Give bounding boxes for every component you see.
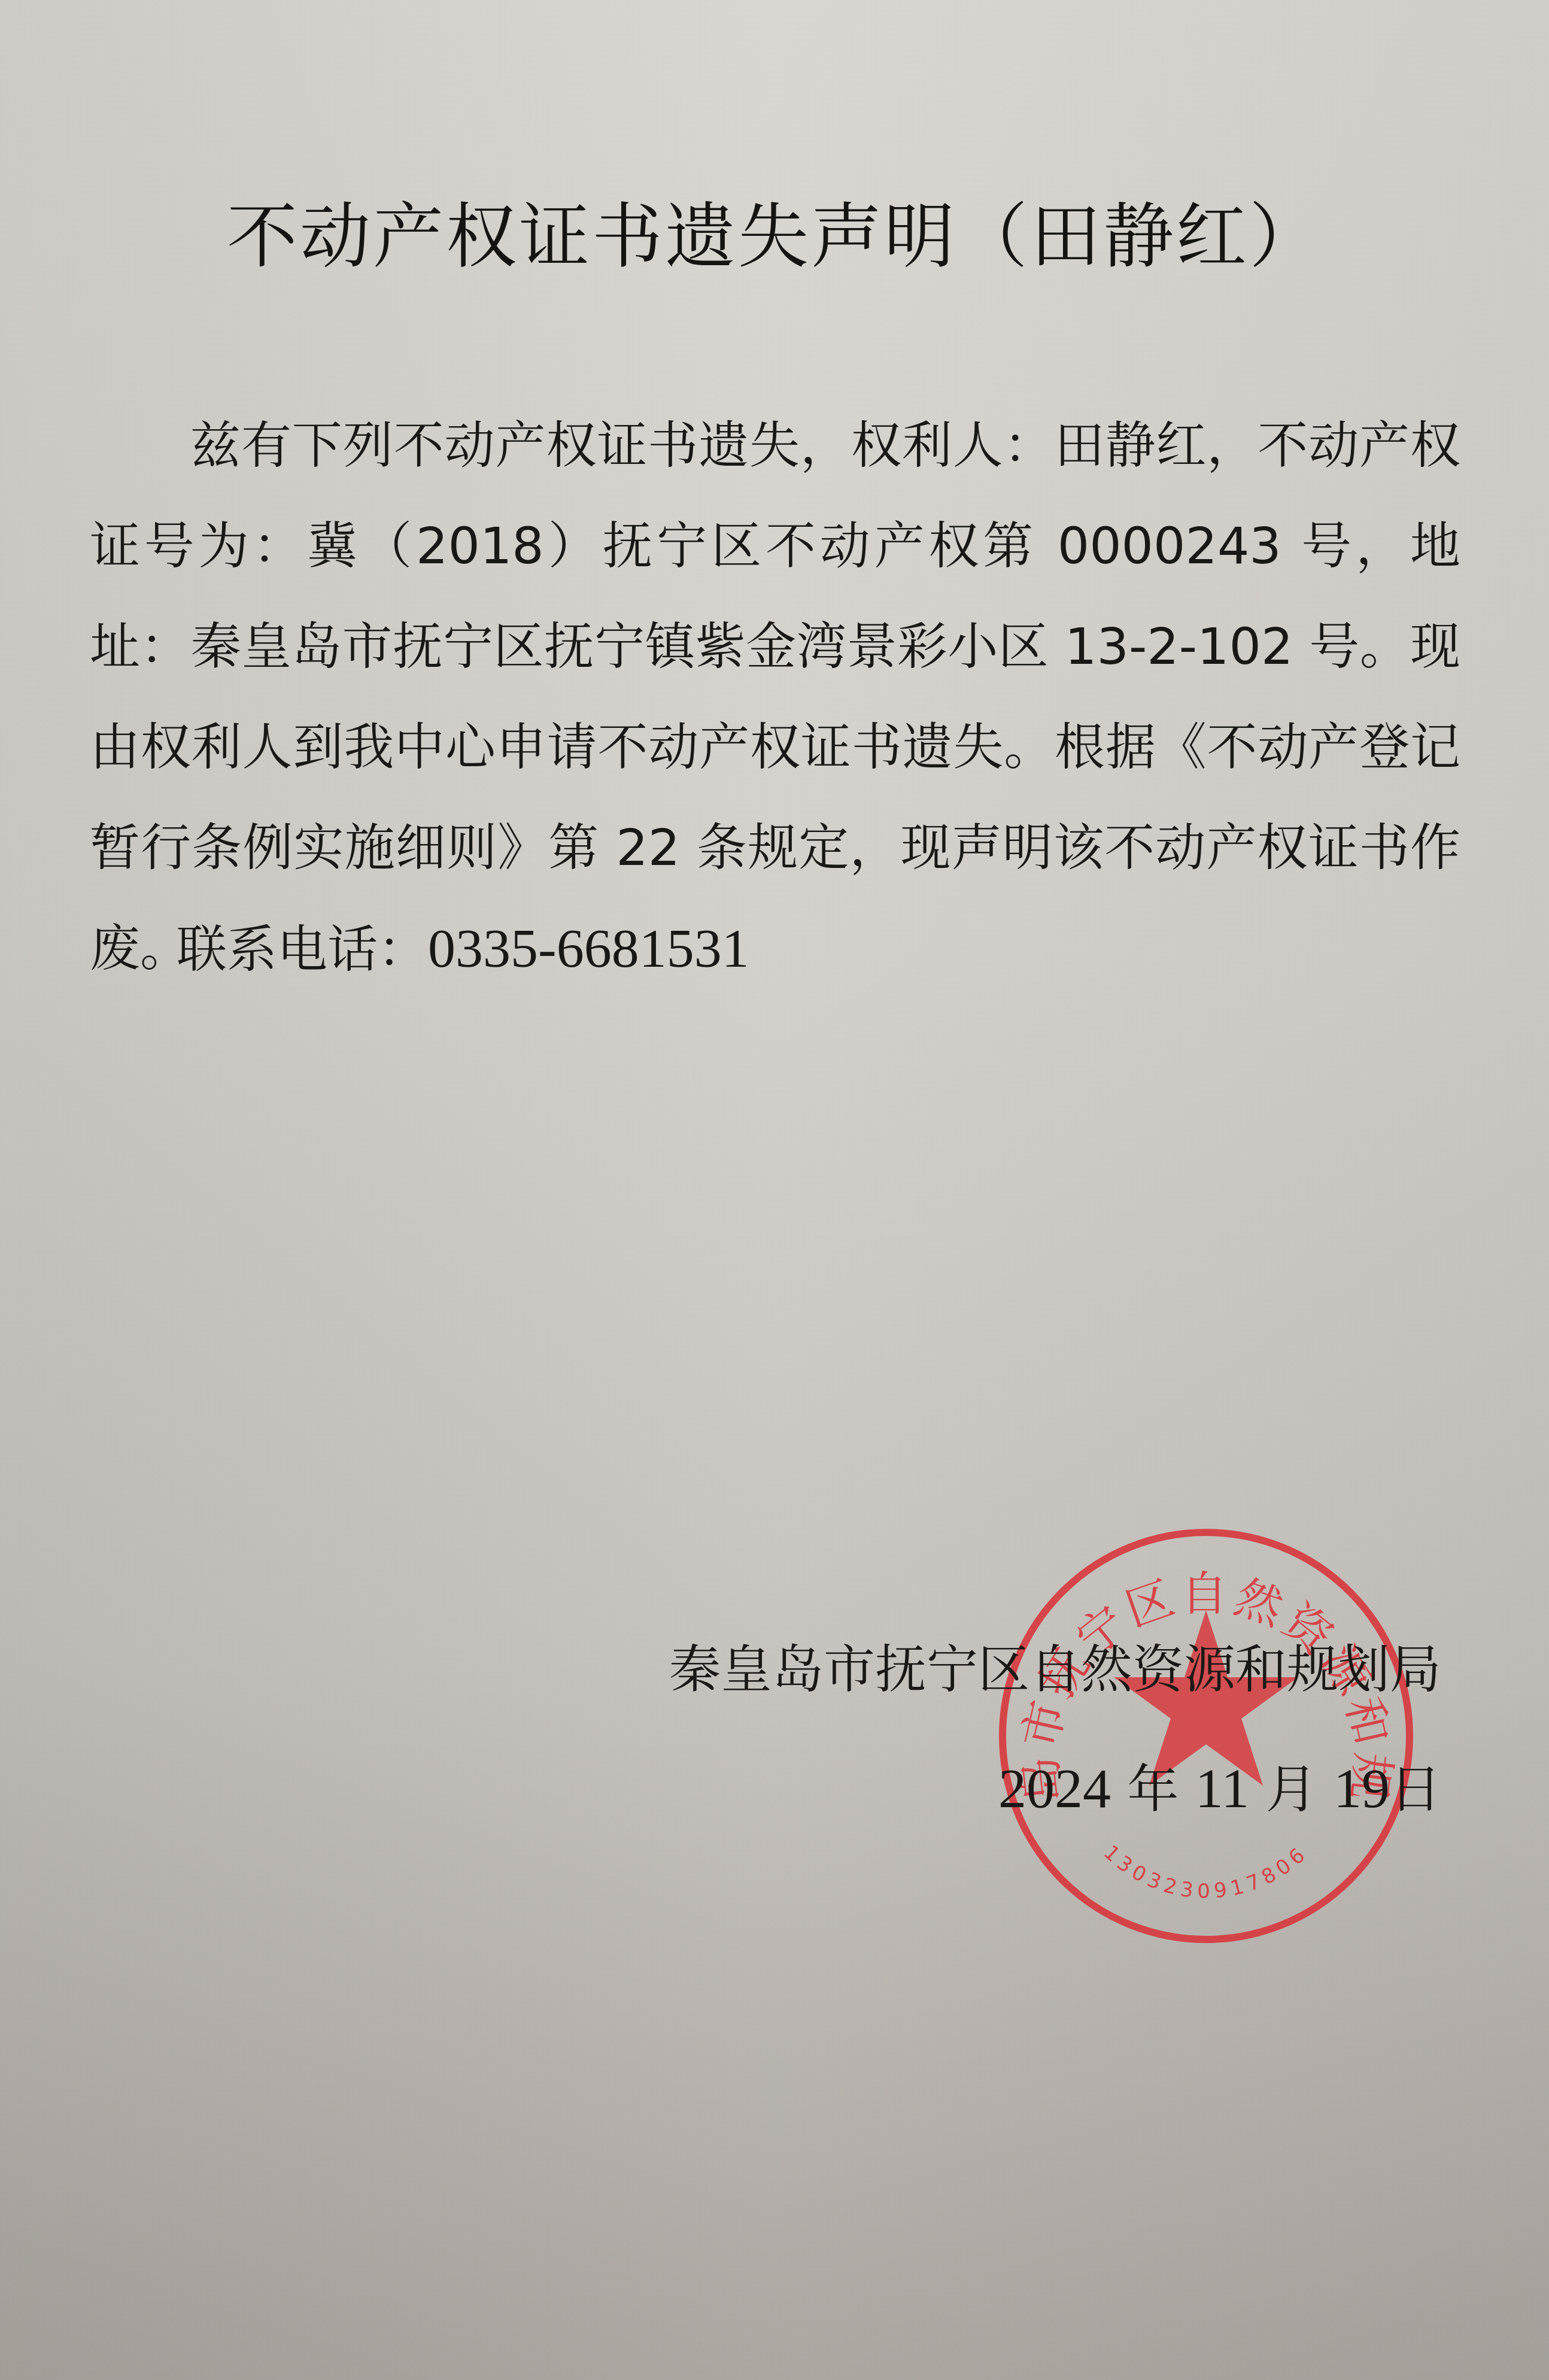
official-seal: 秦皇岛市抚宁区自然资源和规划局 1303230917806 xyxy=(991,1520,1422,1951)
contact-line: 联系电话：0335-6681531 xyxy=(177,898,749,1000)
document-title: 不动产权证书遗失声明（田静红） xyxy=(0,180,1549,281)
issuing-authority: 秦皇岛市抚宁区自然资源和规划局 xyxy=(669,1628,1441,1702)
date-day-unit: 日 xyxy=(1390,1760,1441,1820)
svg-text:1303230917806: 1303230917806 xyxy=(1099,1841,1313,1904)
date-day: 19 xyxy=(1334,1757,1390,1820)
issue-date: 2024 年 11 月 19日 xyxy=(998,1748,1441,1822)
date-year: 2024 xyxy=(998,1757,1111,1820)
date-year-unit: 年 xyxy=(1127,1760,1179,1820)
date-month-unit: 月 xyxy=(1266,1760,1317,1820)
date-month: 11 xyxy=(1195,1757,1250,1820)
contact-phone: 0335-6681531 xyxy=(428,918,749,979)
paper-background xyxy=(0,0,1549,2380)
contact-label: 联系电话： xyxy=(177,920,428,979)
seal-code: 1303230917806 xyxy=(1099,1841,1313,1904)
